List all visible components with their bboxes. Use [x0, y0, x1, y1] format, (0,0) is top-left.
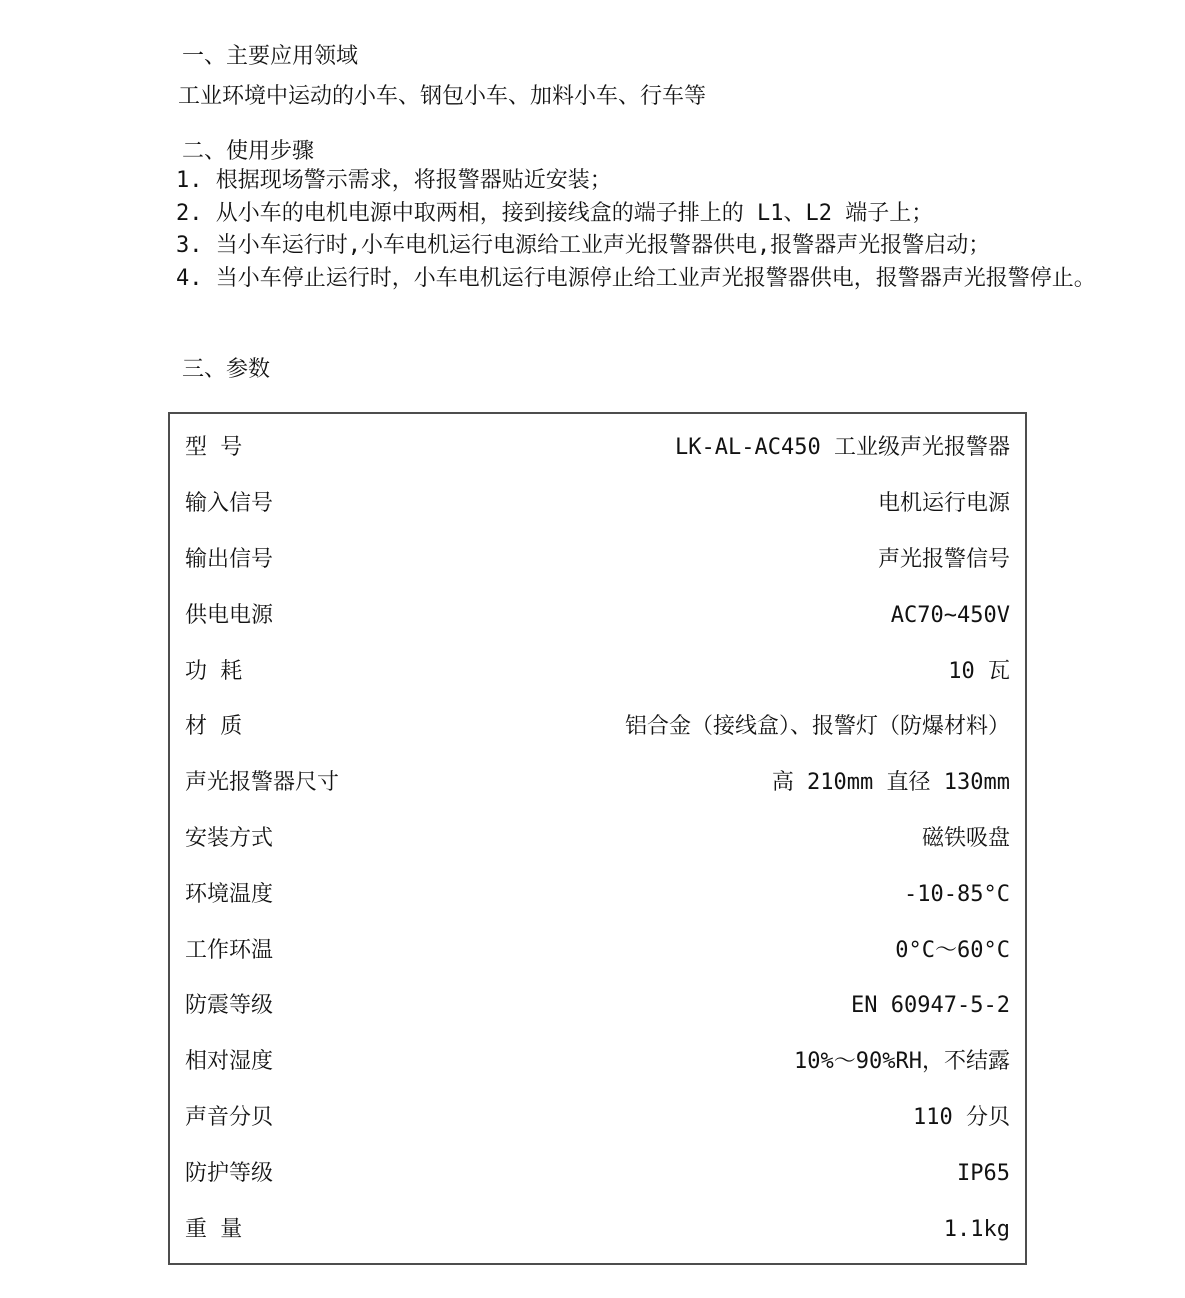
parameter-row: 防震等级 EN 60947-5-2	[170, 978, 1025, 1034]
parameter-row: 功 耗 10 瓦	[170, 643, 1025, 699]
parameter-row: 输入信号 电机运行电源	[170, 476, 1025, 532]
section-applications-body: 工业环境中运动的小车、钢包小车、加料小车、行车等	[178, 80, 706, 113]
parameter-label: 型 号	[185, 431, 242, 464]
parameter-value: 0°C～60°C	[895, 934, 1010, 967]
parameter-label: 环境温度	[185, 878, 273, 911]
parameter-row: 材 质 铝合金（接线盒）、报警灯（防爆材料）	[170, 699, 1025, 755]
parameter-label: 防震等级	[185, 989, 273, 1022]
parameter-label: 安装方式	[185, 822, 273, 855]
parameter-label: 防护等级	[185, 1157, 273, 1190]
parameter-row: 安装方式 磁铁吸盘	[170, 811, 1025, 867]
parameter-value: 110 分贝	[913, 1101, 1010, 1134]
parameter-value: EN 60947-5-2	[851, 989, 1010, 1022]
parameter-row: 重 量 1.1kg	[170, 1201, 1025, 1257]
parameter-label: 声光报警器尺寸	[185, 766, 339, 799]
parameter-value: LK-AL-AC450 工业级声光报警器	[675, 431, 1010, 464]
parameter-label: 声音分贝	[185, 1101, 273, 1134]
parameter-value: AC70~450V	[891, 599, 1010, 632]
parameter-value: 10 瓦	[948, 655, 1010, 688]
parameter-row: 供电电源 AC70~450V	[170, 587, 1025, 643]
parameter-row: 防护等级 IP65	[170, 1145, 1025, 1201]
parameter-value: IP65	[957, 1157, 1010, 1190]
parameter-value: 磁铁吸盘	[922, 822, 1010, 855]
parameter-label: 输出信号	[185, 543, 273, 576]
parameter-row: 环境温度 -10-85°C	[170, 866, 1025, 922]
usage-step-item: 4. 当小车停止运行时，小车电机运行电源停止给工业声光报警器供电，报警器声光报警…	[176, 263, 1111, 296]
parameter-row: 声光报警器尺寸 高 210mm 直径 130mm	[170, 755, 1025, 811]
section-parameters-title: 三、参数	[182, 353, 270, 386]
parameter-label: 材 质	[185, 710, 242, 743]
parameter-value: 1.1kg	[944, 1213, 1010, 1246]
parameter-value: 电机运行电源	[878, 487, 1010, 520]
parameter-label: 重 量	[185, 1213, 242, 1246]
parameter-row: 声音分贝 110 分贝	[170, 1090, 1025, 1146]
usage-steps-list: 1. 根据现场警示需求，将报警器贴近安装； 2. 从小车的电机电源中取两相，接到…	[176, 165, 1111, 296]
section-applications-title: 一、主要应用领域	[182, 40, 358, 73]
parameter-value: -10-85°C	[904, 878, 1010, 911]
usage-step-item: 3. 当小车运行时,小车电机运行电源给工业声光报警器供电,报警器声光报警启动；	[176, 230, 1111, 263]
parameter-label: 输入信号	[185, 487, 273, 520]
parameter-value: 声光报警信号	[878, 543, 1010, 576]
section-usage-title: 二、使用步骤	[182, 135, 314, 168]
parameter-value: 高 210mm 直径 130mm	[772, 766, 1010, 799]
parameter-label: 功 耗	[185, 655, 242, 688]
parameter-row: 相对湿度 10%～90%RH，不结露	[170, 1034, 1025, 1090]
parameter-label: 工作环温	[185, 934, 273, 967]
parameter-value: 10%～90%RH，不结露	[794, 1045, 1010, 1078]
parameter-value: 铝合金（接线盒）、报警灯（防爆材料）	[625, 710, 1010, 743]
usage-step-item: 2. 从小车的电机电源中取两相，接到接线盒的端子排上的 L1、L2 端子上；	[176, 198, 1111, 231]
parameters-table: 型 号 LK-AL-AC450 工业级声光报警器 输入信号 电机运行电源 输出信…	[168, 412, 1027, 1265]
parameter-row: 型 号 LK-AL-AC450 工业级声光报警器	[170, 420, 1025, 476]
usage-step-item: 1. 根据现场警示需求，将报警器贴近安装；	[176, 165, 1111, 198]
parameter-label: 供电电源	[185, 599, 273, 632]
parameter-row: 工作环温 0°C～60°C	[170, 922, 1025, 978]
document-page: 一、主要应用领域 工业环境中运动的小车、钢包小车、加料小车、行车等 二、使用步骤…	[0, 0, 1185, 1298]
parameter-row: 输出信号 声光报警信号	[170, 532, 1025, 588]
parameter-label: 相对湿度	[185, 1045, 273, 1078]
